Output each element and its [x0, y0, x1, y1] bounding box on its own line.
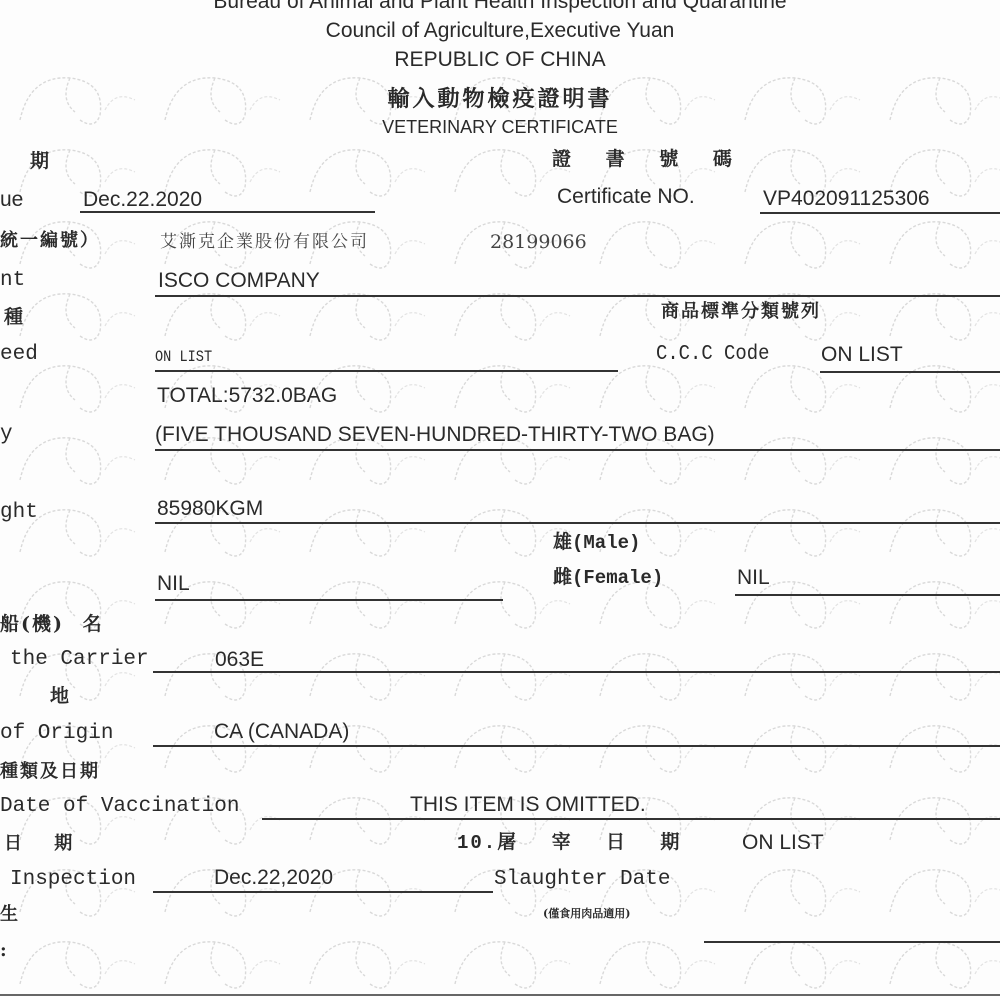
weight-label-en: ght — [0, 502, 38, 523]
sex-left-underline — [155, 599, 503, 601]
quantity-label-en: y — [0, 424, 13, 445]
consignee-id-label-zh: 統一編號） — [0, 232, 100, 250]
female-label: 雌(Female) — [553, 569, 663, 588]
weight-underline — [155, 522, 1000, 524]
consignee-id-value: 28199066 — [490, 233, 587, 252]
vaccination-value: THIS ITEM IS OMITTED. — [410, 794, 646, 815]
slaughter-note-zh: (僅食用肉品適用) — [543, 908, 630, 919]
slaughter-underline — [704, 941, 1000, 943]
origin-label-en: of Origin — [0, 723, 113, 744]
quantity-words: (FIVE THOUSAND SEVEN-HUNDRED-THIRTY-TWO … — [155, 424, 715, 445]
inspection-label-en: Inspection — [10, 869, 136, 890]
sex-value-right: NIL — [737, 567, 770, 588]
breed-label-zh: 種 — [4, 308, 25, 327]
ccc-code-label-zh: 商品標準分類號列 — [661, 303, 821, 321]
ccc-code-label-en: C.C.C Code — [656, 344, 769, 365]
issue-date-underline — [80, 211, 375, 213]
sex-right-underline — [735, 594, 1000, 596]
certificate-title-en: VETERINARY CERTIFICATE — [0, 118, 1000, 136]
issue-date-label-en: ue — [0, 189, 23, 210]
carrier-underline — [153, 671, 1000, 673]
council-name: Council of Agriculture,Executive Yuan — [0, 20, 1000, 41]
male-label: 雄(Male) — [553, 534, 640, 553]
origin-value: CA (CANADA) — [214, 721, 349, 742]
quantity-total: TOTAL:5732.0BAG — [157, 385, 337, 406]
certificate-no-label-en: Certificate NO. — [557, 186, 695, 207]
extra-label-zh-1: 生 — [0, 906, 20, 924]
carrier-label-en: the Carrier — [10, 649, 149, 670]
ccc-code-value: ON LIST — [821, 344, 903, 365]
certificate-no-underline — [760, 212, 1000, 214]
slaughter-label-zh: 10.屠 宰 日 期 — [457, 834, 681, 853]
issue-date-value: Dec.22.2020 — [83, 189, 202, 210]
origin-underline — [153, 745, 1000, 747]
quantity-underline — [155, 449, 1000, 451]
inspection-underline — [153, 891, 493, 893]
vaccination-label-zh: 種類及日期 — [0, 763, 100, 781]
bureau-name: Bureau of Animal and Plant Health Inspec… — [0, 0, 1000, 12]
issue-date-label-zh: 期 — [30, 152, 51, 171]
ccc-code-underline — [820, 371, 1000, 373]
carrier-value: 063E — [215, 649, 264, 670]
inspection-value: Dec.22,2020 — [214, 867, 333, 888]
inspection-label-zh: 日 期 — [4, 835, 74, 853]
vaccination-label-en: Date of Vaccination — [0, 796, 239, 817]
extra-label-zh-2: : — [0, 942, 9, 960]
consignee-value: ISCO COMPANY — [158, 270, 320, 291]
consignee-name-zh: 艾澌克企業股份有限公司 — [160, 234, 369, 251]
bottom-border — [0, 994, 1000, 996]
consignee-label-en: nt — [0, 270, 25, 291]
slaughter-value: ON LIST — [742, 832, 824, 853]
certificate-title-zh: 輸入動物檢疫證明書 — [0, 88, 1000, 110]
origin-label-zh: 地 — [50, 687, 71, 706]
breed-underline — [155, 370, 618, 372]
carrier-label-zh: 船(機) 名 — [0, 615, 104, 634]
slaughter-label-en: Slaughter Date — [494, 869, 670, 890]
sex-value-left: NIL — [157, 573, 190, 594]
weight-value: 85980KGM — [157, 498, 263, 519]
certificate-no-label-zh: 證 書 號 碼 — [552, 150, 746, 169]
certificate-no-value: VP402091125306 — [763, 188, 930, 209]
breed-label-en: eed — [0, 344, 38, 365]
consignee-underline — [155, 295, 1000, 297]
country-name: REPUBLIC OF CHINA — [0, 49, 1000, 70]
vaccination-underline — [262, 818, 1000, 820]
breed-value: ON LIST — [155, 349, 212, 365]
